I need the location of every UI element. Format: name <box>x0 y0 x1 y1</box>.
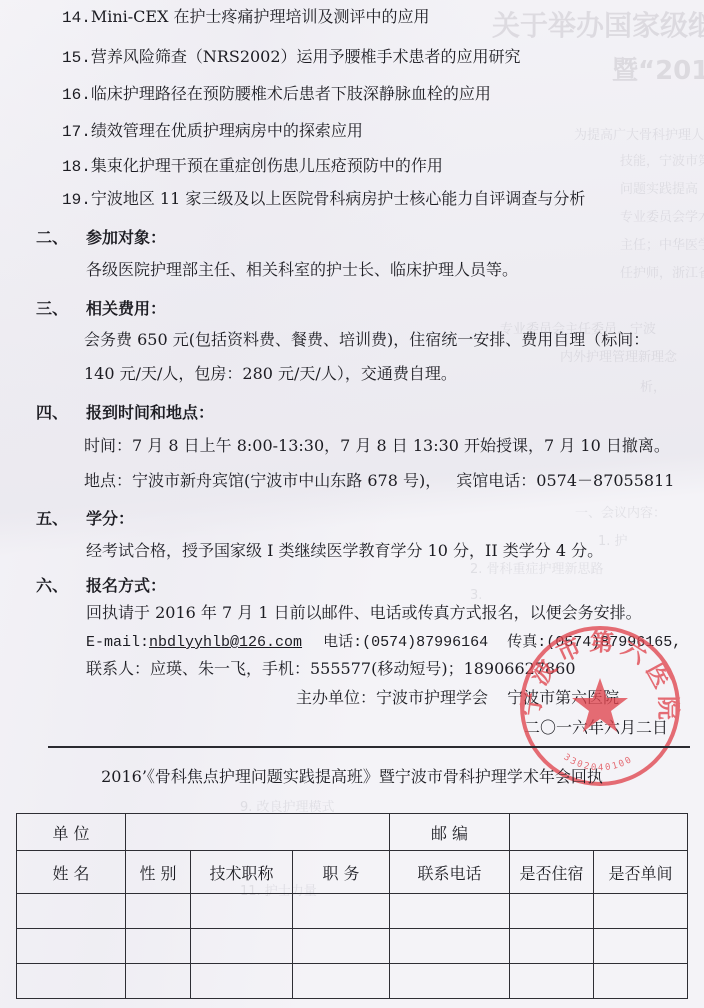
registration-place: 地点：宁波市新舟宾馆(宁波市中山东路 678 号)， 宾馆电话：0574－870… <box>84 471 674 491</box>
unit-input-cell[interactable] <box>126 814 390 851</box>
topic-number: 17. <box>62 123 91 141</box>
signup-contact-line: E-mail:nbdlyyhlb@126.com 电话:(0574)879961… <box>86 631 681 653</box>
section-title-signup: 报名方式： <box>86 573 166 596</box>
topic-text: 临床护理路径在预防腰椎术后患者下肢深静脉血栓的应用 <box>91 84 491 103</box>
cell-name[interactable] <box>17 964 126 999</box>
hotel-phone: 宾馆电话：0574－87055811 <box>456 471 674 490</box>
cell-name[interactable] <box>17 894 126 929</box>
showthrough-line: 问题实践提高 <box>620 178 698 197</box>
cell-gender[interactable] <box>126 964 191 999</box>
place-address: 地点：宁波市新舟宾馆(宁波市中山东路 678 号)， <box>84 471 441 490</box>
credits-text: 经考试合格，授予国家级 I 类继续医学教育学分 10 分，II 类学分 4 分。 <box>86 541 603 561</box>
phone-number: 电话:(0574)87996164 <box>323 634 488 651</box>
topic-text: 营养风险筛查（NRS2002）运用予腰椎手术患者的应用研究 <box>91 47 521 66</box>
topic-item: 16.临床护理路径在预防腰椎术后患者下肢深静脉血栓的应用 <box>62 84 491 105</box>
topic-text: 宁波地区 11 家三级及以上医院骨科病房护士核心能力自评调查与分析 <box>91 189 586 208</box>
cell-title[interactable] <box>191 964 293 999</box>
topic-item: 14.Mini-CEX 在护士疼痛护理培训及测评中的应用 <box>62 7 430 28</box>
section-number-signup: 六、 <box>36 573 68 596</box>
cell-lodging[interactable] <box>510 929 594 964</box>
section-title-fees: 相关费用： <box>86 296 166 319</box>
table-row-unit: 单 位 邮 编 <box>17 814 688 851</box>
cell-phone[interactable] <box>390 894 510 929</box>
cell-title[interactable] <box>191 894 293 929</box>
showthrough-line: 析， <box>640 376 666 395</box>
section-number-time-place: 四、 <box>36 400 68 423</box>
table-header-row: 姓 名 性 别 技术职称 职 务 联系电话 是否住宿 是否单间 <box>17 851 688 894</box>
organizer-line: 主办单位：宁波市护理学会 宁波市第六医院 <box>296 688 619 708</box>
organizer-secondary: 宁波市第六医院 <box>507 688 619 707</box>
participants-text: 各级医院护理部主任、相关科室的护士长、临床护理人员等。 <box>86 260 518 280</box>
fees-text-line1: 会务费 650 元(包括资料费、餐费、培训费)，住宿统一安排、费用自理（标间： <box>84 330 649 350</box>
topic-item: 17.绩效管理在优质护理病房中的探索应用 <box>62 121 363 142</box>
cell-single-room[interactable] <box>594 929 688 964</box>
showthrough-title-1: 关于举办国家级继 <box>492 4 704 44</box>
cell-position[interactable] <box>293 894 390 929</box>
section-title-credits: 学分： <box>86 506 134 529</box>
organizer-primary: 主办单位：宁波市护理学会 <box>296 688 488 707</box>
table-row <box>17 894 688 929</box>
topic-number: 19. <box>62 191 91 209</box>
section-number-fees: 三、 <box>36 296 68 319</box>
cell-position[interactable] <box>293 929 390 964</box>
contact-persons: 联系人：应瑛、朱一飞，手机：555577(移动短号)；18906627860 <box>86 659 576 679</box>
showthrough-line: 专业委员会学术年会” <box>620 206 704 225</box>
cell-gender[interactable] <box>126 929 191 964</box>
cell-position[interactable] <box>293 964 390 999</box>
showthrough-title-2: 暨“2016 <box>612 50 704 87</box>
topic-text: 集束化护理干预在重症创伤患儿压疮预防中的作用 <box>91 156 443 175</box>
showthrough-line: 一、会议内容： <box>575 502 666 521</box>
registration-time: 时间：7 月 8 日上午 8:00-13:30，7 月 8 日 13:30 开始… <box>84 436 670 456</box>
header-phone: 联系电话 <box>390 851 510 894</box>
postcode-label: 邮 编 <box>390 814 510 851</box>
unit-label: 单 位 <box>17 814 126 851</box>
cell-lodging[interactable] <box>510 964 594 999</box>
postcode-input-cell[interactable] <box>510 814 688 851</box>
showthrough-line: 为提高广大骨科护理人员的专科护 <box>574 124 704 143</box>
cell-single-room[interactable] <box>594 964 688 999</box>
receipt-title: 2016’《骨科焦点护理问题实践提高班》暨宁波市骨科护理学术年会回执 <box>0 764 704 787</box>
cell-single-room[interactable] <box>594 894 688 929</box>
header-gender: 性 别 <box>126 851 191 894</box>
topic-number: 16. <box>62 86 91 104</box>
email-label: E-mail: <box>86 634 149 651</box>
topic-item: 15.营养风险筛查（NRS2002）运用予腰椎手术患者的应用研究 <box>62 47 521 68</box>
section-title-time-place: 报到时间和地点： <box>86 400 214 423</box>
topic-text: 绩效管理在优质护理病房中的探索应用 <box>91 121 363 140</box>
fees-text-line2: 140 元/天/人，包房：280 元/天/人），交通费自理。 <box>84 364 457 384</box>
header-lodging: 是否住宿 <box>510 851 594 894</box>
section-divider <box>48 746 690 748</box>
header-single-room: 是否单间 <box>594 851 688 894</box>
showthrough-line: 任护师，浙江省 <box>620 262 704 281</box>
cell-title[interactable] <box>191 929 293 964</box>
header-position: 职 务 <box>293 851 390 894</box>
cell-lodging[interactable] <box>510 894 594 929</box>
cell-phone[interactable] <box>390 964 510 999</box>
header-title: 技术职称 <box>191 851 293 894</box>
table-row <box>17 929 688 964</box>
showthrough-line: 技能，宁波市第六医院定于 <box>620 150 704 169</box>
document-date: 二〇一六年六月二日 <box>524 718 668 738</box>
topic-item: 18.集束化护理干预在重症创伤患儿压疮预防中的作用 <box>62 156 443 177</box>
cell-name[interactable] <box>17 929 126 964</box>
header-name: 姓 名 <box>17 851 126 894</box>
showthrough-line: 主任；中华医学会 <box>620 234 704 253</box>
topic-text: Mini-CEX 在护士疼痛护理培训及测评中的应用 <box>91 7 430 26</box>
fax-number: 传真:(0574)87996165, <box>507 634 681 651</box>
section-number-participants: 二、 <box>36 225 68 248</box>
section-title-participants: 参加对象： <box>86 225 166 248</box>
showthrough-line: 3. <box>470 588 482 603</box>
signup-text: 回执请于 2016 年 7 月 1 日前以邮件、电话或传真方式报名，以便会务安排… <box>86 603 642 623</box>
topic-number: 15. <box>62 49 91 67</box>
section-number-credits: 五、 <box>36 506 68 529</box>
table-row <box>17 964 688 999</box>
topic-number: 18. <box>62 158 91 176</box>
receipt-form-table: 单 位 邮 编 姓 名 性 别 技术职称 职 务 联系电话 是否住宿 是否单间 <box>16 813 688 999</box>
cell-phone[interactable] <box>390 929 510 964</box>
topic-number: 14. <box>62 9 91 27</box>
cell-gender[interactable] <box>126 894 191 929</box>
email-link[interactable]: nbdlyyhlb@126.com <box>149 634 302 651</box>
topic-item: 19.宁波地区 11 家三级及以上医院骨科病房护士核心能力自评调查与分析 <box>62 189 585 210</box>
